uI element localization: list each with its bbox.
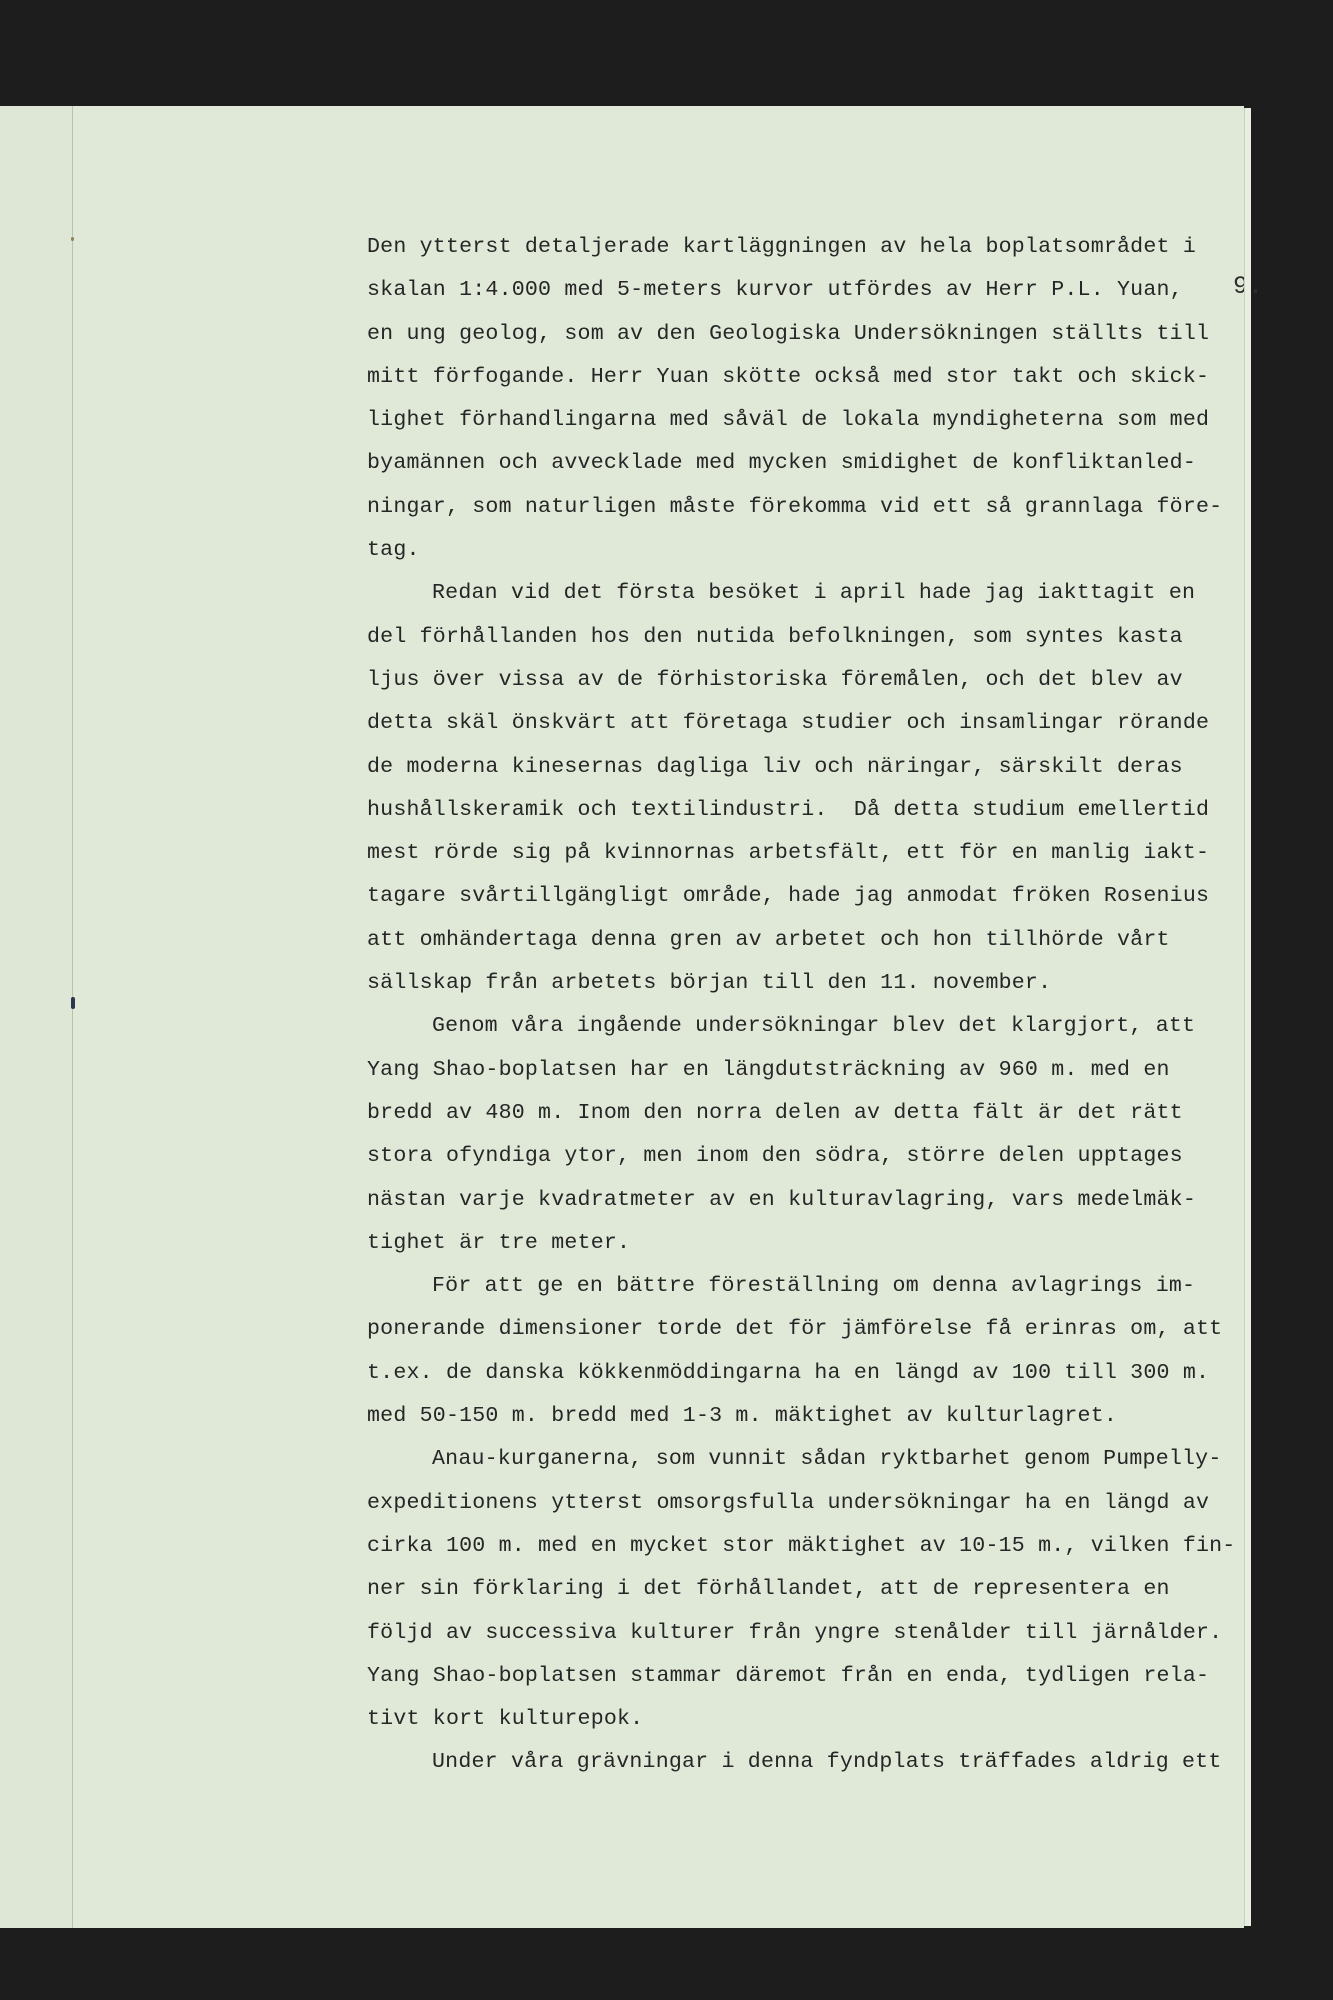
text-line: Redan vid det första besöket i april had… (367, 572, 1217, 615)
text-line: skalan 1:4.000 med 5-meters kurvor utför… (367, 269, 1217, 312)
text-line: ningar, som naturligen måste förekomma v… (367, 486, 1217, 529)
text-line: t.ex. de danska kökkenmöddingarna ha en … (367, 1352, 1217, 1395)
text-line: de moderna kinesernas dagliga liv och nä… (367, 746, 1217, 789)
text-line: ponerande dimensioner torde det för jämf… (367, 1308, 1217, 1351)
paragraph: Genom våra ingående undersökningar blev … (367, 1005, 1217, 1265)
text-line: Yang Shao-boplatsen har en längdutsträck… (367, 1049, 1217, 1092)
text-line: mest rörde sig på kvinnornas arbetsfält,… (367, 832, 1217, 875)
text-line: tagare svårtillgängligt område, hade jag… (367, 875, 1217, 918)
text-line: med 50-150 m. bredd med 1-3 m. mäktighet… (367, 1395, 1217, 1438)
typewritten-text: Den ytterst detaljerade kartläggningen a… (367, 226, 1217, 1785)
text-line: stora ofyndiga ytor, men inom den södra,… (367, 1135, 1217, 1178)
paragraph: Redan vid det första besöket i april had… (367, 572, 1217, 1005)
paragraph: Den ytterst detaljerade kartläggningen a… (367, 226, 1217, 572)
text-line: Anau-kurganerna, som vunnit sådan ryktba… (367, 1438, 1217, 1481)
text-line: sällskap från arbetets början till den 1… (367, 962, 1217, 1005)
text-line: Den ytterst detaljerade kartläggningen a… (367, 226, 1217, 269)
page-stack-edge (1244, 108, 1251, 1926)
text-line: följd av successiva kulturer från yngre … (367, 1612, 1217, 1655)
text-line: nästan varje kvadratmeter av en kulturav… (367, 1179, 1217, 1222)
text-line: att omhändertaga denna gren av arbetet o… (367, 919, 1217, 962)
text-line: bredd av 480 m. Inom den norra delen av … (367, 1092, 1217, 1135)
left-page-edge (0, 106, 72, 1928)
paragraph: Under våra grävningar i denna fyndplats … (367, 1741, 1217, 1784)
text-line: lighet förhandlingarna med såväl de loka… (367, 399, 1217, 442)
text-line: Under våra grävningar i denna fyndplats … (367, 1741, 1217, 1784)
text-line: ner sin förklaring i det förhållandet, a… (367, 1568, 1217, 1611)
text-line: byamännen och avvecklade med mycken smid… (367, 442, 1217, 485)
ink-speck (71, 997, 75, 1009)
text-line: mitt förfogande. Herr Yuan skötte också … (367, 356, 1217, 399)
text-line: Yang Shao-boplatsen stammar däremot från… (367, 1655, 1217, 1698)
text-line: del förhållanden hos den nutida befolkni… (367, 616, 1217, 659)
paragraph: För att ge en bättre föreställning om de… (367, 1265, 1217, 1438)
text-line: Genom våra ingående undersökningar blev … (367, 1005, 1217, 1048)
text-line: tag. (367, 529, 1217, 572)
text-line: expeditionens ytterst omsorgsfulla under… (367, 1482, 1217, 1525)
text-line: detta skäl önskvärt att företaga studier… (367, 702, 1217, 745)
text-line: ljus över vissa av de förhistoriska före… (367, 659, 1217, 702)
ink-speck (71, 237, 74, 241)
text-line: hushållskeramik och textilindustri. Då d… (367, 789, 1217, 832)
paragraph: Anau-kurganerna, som vunnit sådan ryktba… (367, 1438, 1217, 1741)
text-line: en ung geolog, som av den Geologiska Und… (367, 313, 1217, 356)
text-line: tivt kort kulturepok. (367, 1698, 1217, 1741)
text-line: tighet är tre meter. (367, 1222, 1217, 1265)
text-line: För att ge en bättre föreställning om de… (367, 1265, 1217, 1308)
page-gutter (72, 106, 73, 1928)
text-line: cirka 100 m. med en mycket stor mäktighe… (367, 1525, 1217, 1568)
